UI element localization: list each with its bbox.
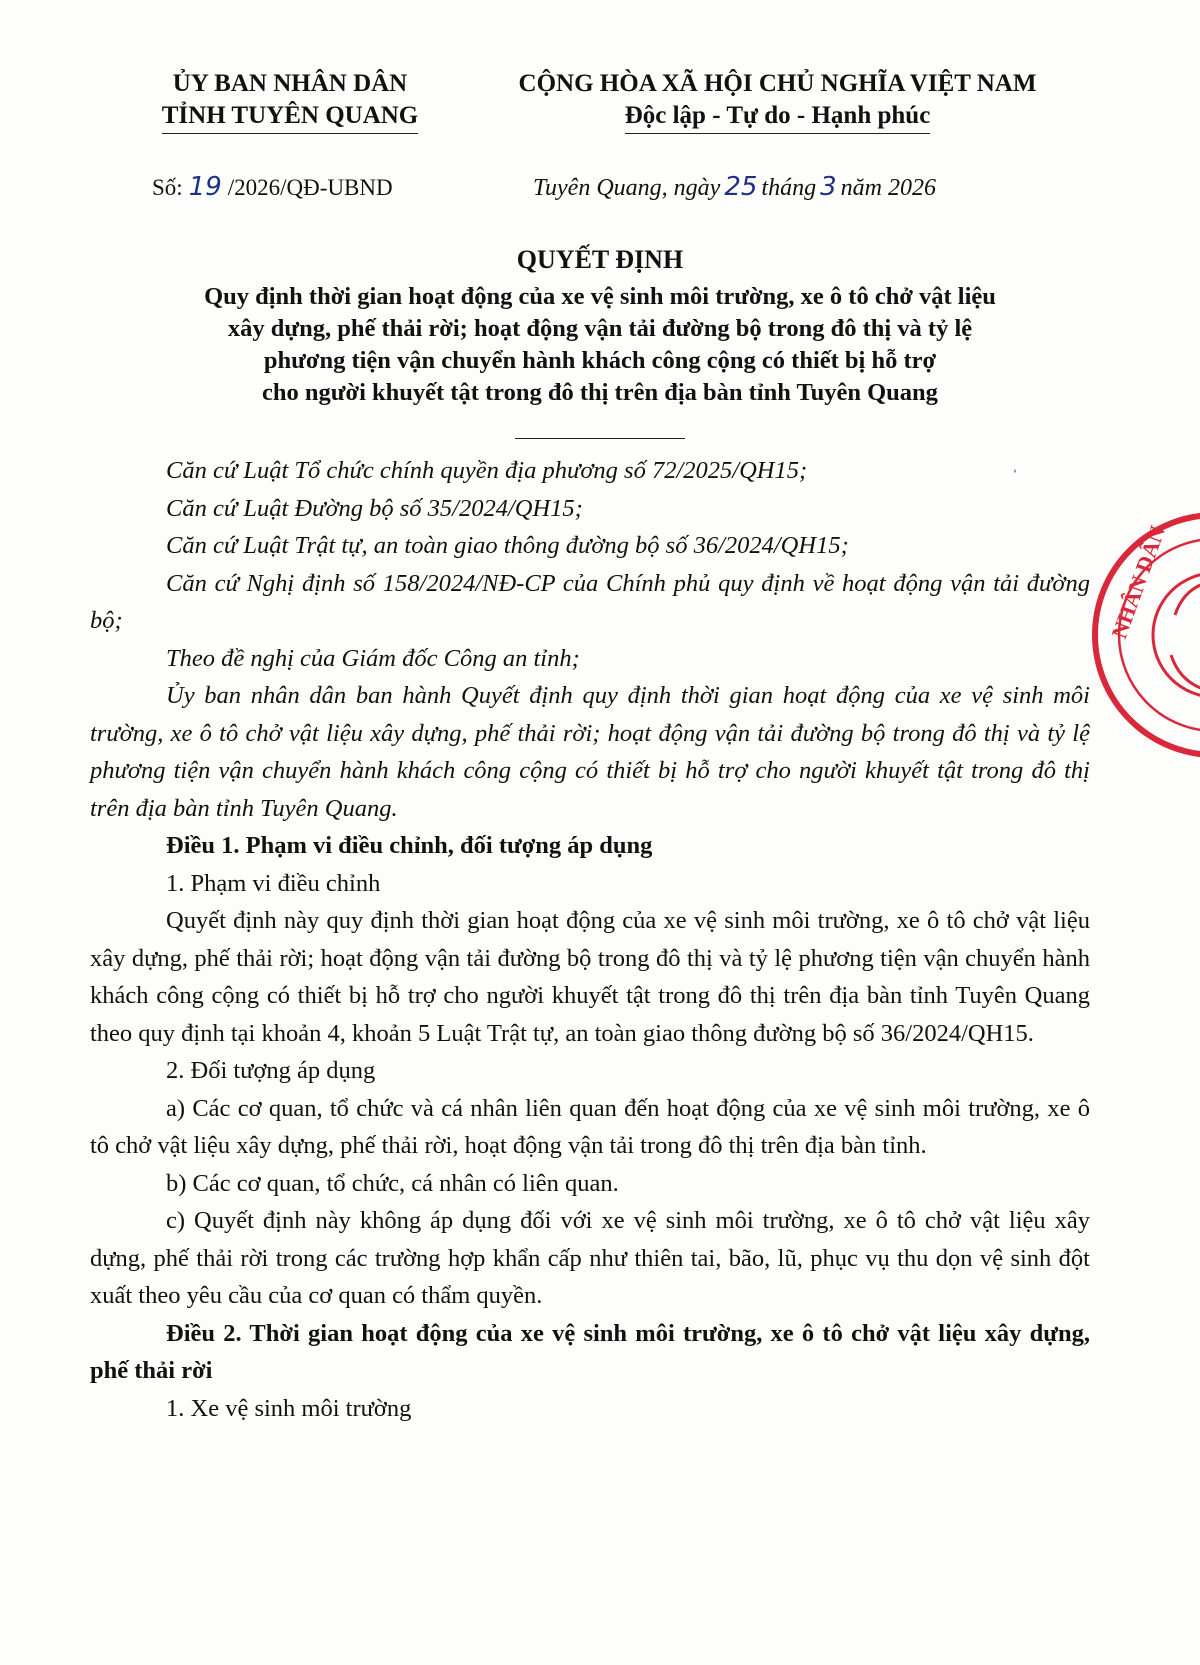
article-2-heading: Điều 2. Thời gian hoạt động của xe vệ si… [90,1315,1090,1390]
handwritten-month: 3 [820,172,837,202]
preamble-item: Căn cứ Nghị định số 158/2024/NĐ-CP của C… [90,565,1090,640]
preamble-item: Căn cứ Luật Trật tự, an toàn giao thông … [90,527,1090,565]
clause-heading: 2. Đối tượng áp dụng [90,1052,1090,1090]
document-page: ỦY BAN NHÂN DÂN TỈNH TUYÊN QUANG CỘNG HÒ… [0,0,1200,1665]
number-prefix: Số: [152,175,183,200]
preamble-item: Ủy ban nhân dân ban hành Quyết định quy … [90,677,1090,827]
subtitle-line: phương tiện vận chuyển hành khách công c… [90,345,1110,377]
year-label: năm 2026 [841,175,936,201]
preamble-item: Theo đề nghị của Giám đốc Công an tỉnh; [90,640,1090,678]
document-number: Số:19/2026/QĐ-UBND [152,172,393,202]
motto-line1: CỘNG HÒA XÃ HỘI CHỦ NGHĨA VIỆT NAM [465,68,1090,100]
clause-heading: 1. Phạm vi điều chỉnh [90,865,1090,903]
subtitle-divider [515,438,685,439]
official-seal-icon: NHÂN DÂN [1085,505,1200,765]
handwritten-day: 25 [724,172,757,202]
subtitle-line: xây dựng, phế thải rời; hoạt động vận tả… [90,313,1110,345]
document-subtitle: Quy định thời gian hoạt động của xe vệ s… [90,281,1110,409]
subtitle-line: Quy định thời gian hoạt động của xe vệ s… [90,281,1110,313]
clause-point: b) Các cơ quan, tổ chức, cá nhân có liên… [90,1165,1090,1203]
document-title: QUYẾT ĐỊNH [0,245,1200,275]
authority-line2: TỈNH TUYÊN QUANG [162,101,419,134]
date-line: Tuyên Quang, ngày25tháng3năm 2026 [533,172,936,202]
article-1-heading: Điều 1. Phạm vi điều chỉnh, đối tượng áp… [90,827,1090,865]
subtitle-line: cho người khuyết tật trong đô thị trên đ… [90,377,1110,409]
number-suffix: /2026/QĐ-UBND [228,175,393,200]
handwritten-number: 19 [189,172,222,202]
month-label: tháng [761,175,816,201]
preamble-item: Căn cứ Luật Tổ chức chính quyền địa phươ… [90,452,1090,490]
document-body: Căn cứ Luật Tổ chức chính quyền địa phươ… [90,452,1090,1427]
issuing-authority: ỦY BAN NHÂN DÂN TỈNH TUYÊN QUANG [140,68,440,134]
motto-line2: Độc lập - Tự do - Hạnh phúc [625,101,931,134]
clause-heading: 1. Xe vệ sinh môi trường [90,1390,1090,1428]
clause-point: a) Các cơ quan, tổ chức và cá nhân liên … [90,1090,1090,1165]
national-motto: CỘNG HÒA XÃ HỘI CHỦ NGHĨA VIỆT NAM Độc l… [465,68,1090,134]
date-place: Tuyên Quang, ngày [533,175,720,201]
clause-point: c) Quyết định này không áp dụng đối với … [90,1202,1090,1315]
clause-text: Quyết định này quy định thời gian hoạt đ… [90,902,1090,1052]
authority-line1: ỦY BAN NHÂN DÂN [140,68,440,100]
preamble-item: Căn cứ Luật Đường bộ số 35/2024/QH15; [90,490,1090,528]
